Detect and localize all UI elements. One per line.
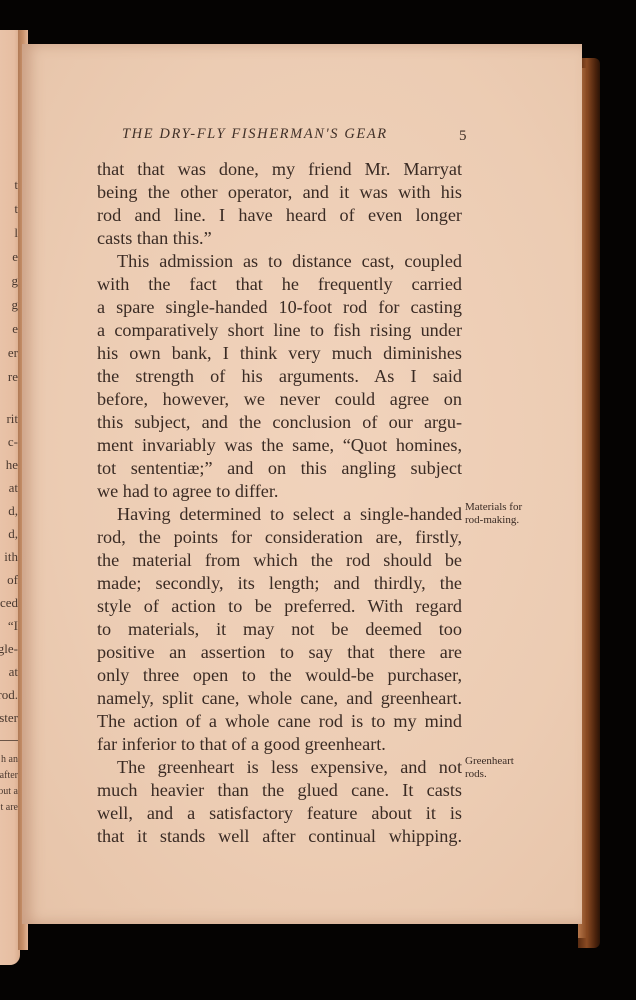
facing-page-fragment: rod. (0, 688, 18, 701)
body-line: casts than this.” (97, 227, 462, 249)
body-line: namely, split cane, whole cane, and gree… (97, 687, 462, 709)
margin-note-greenheart: Greenheart rods. (465, 755, 514, 780)
margin-note-materials: Materials for rod-making. (465, 501, 522, 526)
facing-page-fragment: ith (4, 550, 18, 563)
body-line: the material from which the rod should b… (97, 549, 462, 571)
body-line: much heavier than the glued cane. It cas… (97, 779, 462, 801)
body-line: that it stands well after continual whip… (97, 825, 462, 847)
facing-page-fragment: gle- (0, 642, 18, 655)
body-line: this subject, and the conclusion of our … (97, 411, 462, 433)
body-line: far inferior to that of a good greenhear… (97, 733, 462, 755)
facing-page-fragment: he (6, 458, 18, 471)
body-line: being the other operator, and it was wit… (97, 181, 462, 203)
page-number: 5 (459, 128, 467, 145)
facing-page-fragment: re (8, 370, 18, 383)
facing-page-fragment: ster (0, 711, 18, 724)
body-line: positive an assertion to say that there … (97, 641, 462, 663)
body-line: a comparatively short line to fish risin… (97, 319, 462, 341)
facing-page-fragment: t are (1, 803, 19, 813)
facing-page-fragment: ced (0, 596, 18, 609)
book-page: THE DRY-FLY FISHERMAN'S GEAR 5 that that… (22, 44, 582, 924)
running-head: THE DRY-FLY FISHERMAN'S GEAR (122, 126, 462, 143)
margin-note-line: rods. (465, 768, 514, 781)
body-line: only three open to the would-be purchase… (97, 664, 462, 686)
facing-page-fragment: at (9, 665, 18, 678)
facing-page-fragment: c- (8, 435, 18, 448)
body-line: a spare single-handed 10-foot rod for ca… (97, 296, 462, 318)
paragraph-start-line: The greenheart is less expensive, and no… (97, 756, 462, 778)
body-line: made; secondly, its length; and thirdly,… (97, 572, 462, 594)
facing-page-fragment: of (7, 573, 18, 586)
body-line: The action of a whole cane rod is to my … (97, 710, 462, 732)
facing-page-fragment: h an (1, 755, 18, 765)
facing-page-fragment: d, (8, 527, 18, 540)
facing-page-fragment: er (8, 346, 18, 359)
body-line: well, and a satisfactory feature about i… (97, 802, 462, 824)
body-line: tot sententiæ;” and on this angling subj… (97, 457, 462, 479)
facing-page-fragment: “I (8, 619, 18, 632)
body-line: that that was done, my friend Mr. Marrya… (97, 158, 462, 180)
body-line: style of action to be preferred. With re… (97, 595, 462, 617)
body-line: before, however, we never could agree on (97, 388, 462, 410)
body-line: with the fact that he frequently carried (97, 273, 462, 295)
margin-note-line: rod-making. (465, 514, 522, 527)
body-line: the strength of his arguments. As I said (97, 365, 462, 387)
facing-page-fragment: after (0, 771, 18, 781)
facing-page-edge: t t l e g g e er re rit c- he at d, d, i… (0, 30, 20, 965)
facing-page-footnote-rule (0, 740, 18, 741)
facing-page-fragment: rit (6, 412, 18, 425)
facing-page-fragment: out a (0, 787, 18, 797)
body-line: rod, the points for consideration are, f… (97, 526, 462, 548)
body-line: to materials, it may not be deemed too (97, 618, 462, 640)
body-line: his own bank, I think very much diminish… (97, 342, 462, 364)
body-line: ment invariably was the same, “Quot homi… (97, 434, 462, 456)
paragraph-start-line: Having determined to select a single-han… (97, 503, 462, 525)
facing-page-fragment: at (9, 481, 18, 494)
margin-note-line: Greenheart (465, 755, 514, 768)
margin-note-line: Materials for (465, 501, 522, 514)
body-line: we had to agree to differ. (97, 480, 462, 502)
body-line: rod and line. I have heard of even longe… (97, 204, 462, 226)
facing-page-fragment: d, (8, 504, 18, 517)
paragraph-start-line: This admission as to distance cast, coup… (97, 250, 462, 272)
